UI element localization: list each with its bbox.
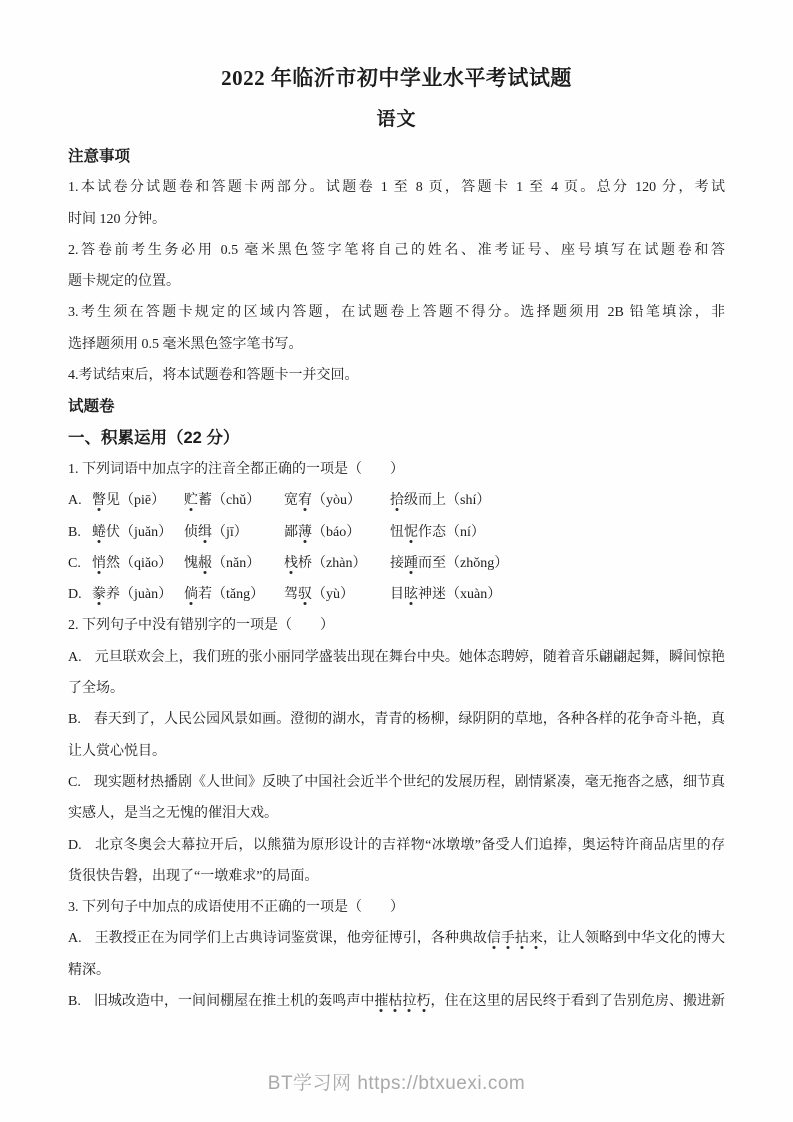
character: 瞥 (92, 493, 106, 508)
character: p (134, 493, 141, 508)
character: （ (212, 493, 226, 508)
character: ） (340, 587, 354, 602)
notice-item-1: 1.本试卷分试题卷和答题卡两部分。试题卷 1 至 8 页，答题卡 1 至 4 页… (68, 172, 725, 235)
character: y (326, 587, 333, 602)
text-segment: 1.本试卷分试题卷和答题卡两部分。试题卷 1 至 8 页，答题卡 1 至 4 页… (68, 180, 725, 195)
character: 薄 (298, 525, 312, 540)
character: u (340, 493, 347, 508)
text-segment: 北京冬奥会大幕拉开后，以熊猫为原形设计的吉祥物“冰墩墩”备受人们追捧，奥运特许商… (95, 838, 725, 853)
question-2-option-c: C.现实题材热播剧《人世间》反映了中国社会近半个世纪的发展历程，剧情紧凑，毫无拖… (68, 767, 725, 830)
character: 宽 (284, 493, 298, 508)
character: 目 (390, 587, 404, 602)
word-with-pinyin: 蜷伏（juǎn） (92, 517, 184, 548)
word-with-pinyin: 悄然（qiǎo） (92, 548, 184, 579)
text-line: 1.本试卷分试题卷和答题卡两部分。试题卷 1 至 8 页，答题卡 1 至 4 页… (68, 172, 725, 203)
text-line: 4.考试结束后，将本试题卷和答题卡一并交回。 (68, 360, 725, 391)
character: ） (346, 525, 360, 540)
character: 然 (106, 556, 120, 571)
subject-title: 语文 (68, 107, 725, 133)
character: （ (120, 493, 134, 508)
character: （ (446, 493, 460, 508)
character: ） (158, 525, 172, 540)
text-line: C.现实题材热播剧《人世间》反映了中国社会近半个世纪的发展历程，剧情紧凑，毫无拖… (68, 767, 725, 798)
character: 侦 (184, 525, 198, 540)
notice-heading: 注意事项 (68, 141, 725, 172)
word-with-pinyin: 豢养（juàn） (92, 579, 184, 610)
character: 悄 (92, 556, 106, 571)
character: （ (120, 556, 134, 571)
question-2-stem: 2. 下列句子中没有错别字的一项是（ ） (68, 610, 725, 641)
character: （ (212, 587, 226, 602)
character: ò (333, 493, 340, 508)
exam-paper-page: 2022 年临沂市初中学业水平考试试题 语文 注意事项 1.本试卷分试题卷和答题… (0, 0, 793, 1122)
character: ） (151, 493, 165, 508)
word-with-pinyin: 瞥见（piē） (92, 485, 184, 516)
character: 至 (432, 556, 446, 571)
character: （ (312, 556, 326, 571)
text-line: A.王教授正在为同学们上古典诗词鉴赏课，他旁征博引，各种典故信手拈来，让人领略到… (68, 923, 725, 954)
question-3-stem: 3. 下列句子中加点的成语使用不正确的一项是（ ） (68, 892, 725, 923)
text-segment: 旧城改造中，一间间棚屋在推土机的轰鸣声中 (94, 994, 375, 1009)
text-line: 让人赏心悦目。 (68, 736, 725, 767)
character: ） (487, 587, 501, 602)
word-with-pinyin: 目眩神迷（xuàn） (390, 579, 725, 610)
character: （ (312, 493, 326, 508)
section-heading: 一、积累运用（22 分） (68, 423, 725, 454)
word-with-pinyin: 宽宥（yòu） (284, 485, 390, 516)
character: 接 (390, 556, 404, 571)
text-segment: 货很快告磐，出现了“一墩难求”的局面。 (68, 869, 318, 884)
word-with-pinyin: 栈桥（zhàn） (284, 548, 390, 579)
character: ） (250, 587, 264, 602)
option-letter: B. (68, 994, 81, 1009)
character: ） (158, 556, 172, 571)
text-line: 精深。 (68, 955, 725, 986)
text-segment: 3.考生须在答题卡规定的区域内答题，在试题卷上答题不得分。选择题须用 2B 铅笔… (68, 305, 725, 320)
character: 眩 (404, 587, 418, 602)
character: ） (476, 493, 490, 508)
character: 赧 (198, 556, 212, 571)
question-2-option-a: A.元旦联欢会上，我们班的张小丽同学盛装出现在舞台中央。她体态聘婷，随着音乐翩翩… (68, 642, 725, 705)
character: 养 (106, 587, 120, 602)
option-letter: A. (68, 931, 82, 946)
text-line: 2.答卷前考生务必用 0.5 毫米黑色签字笔将自己的姓名、准考证号、座号填写在试… (68, 235, 725, 266)
text-line: 了全场。 (68, 673, 725, 704)
character: ） (347, 493, 361, 508)
character: （ (446, 587, 460, 602)
character: 摧 (374, 994, 388, 1009)
option-letter: B. (68, 712, 81, 727)
character: ù (333, 587, 340, 602)
character: 来 (529, 931, 543, 946)
option-letter: D. (68, 579, 92, 610)
option-letter: B. (68, 517, 92, 548)
text-segment: 现实题材热播剧《人世间》反映了中国社会近半个世纪的发展历程，剧情紧凑，毫无拖沓之… (94, 775, 725, 790)
notice-item-4: 4.考试结束后，将本试题卷和答题卡一并交回。 (68, 360, 725, 391)
text-line: D.北京冬奥会大幕拉开后，以熊猫为原形设计的吉祥物“冰墩墩”备受人们追捧，奥运特… (68, 830, 725, 861)
question-2-option-b: B.春天到了，人民公园风景如画。澄彻的湖水，青青的杨柳，绿阴阴的草地，各种各样的… (68, 704, 725, 767)
question-1-option-c: C.悄然（qiǎo）愧赧（nǎn）栈桥（zhàn）接踵而至（zhǒng） (68, 548, 725, 579)
question-2-option-d: D.北京冬奥会大幕拉开后，以熊猫为原形设计的吉祥物“冰墩墩”备受人们追捧，奥运特… (68, 830, 725, 893)
character: ） (246, 493, 260, 508)
text-segment: ，住在这里的居民终于看到了告别危房、搬进新 (431, 994, 725, 1009)
text-segment: 时间 120 分钟。 (68, 212, 166, 227)
character: 信 (487, 931, 501, 946)
character: u (467, 587, 474, 602)
character: 鄙 (284, 525, 298, 540)
character: 怩 (404, 525, 418, 540)
character: ） (471, 525, 485, 540)
character: 见 (106, 493, 120, 508)
character: 倘 (184, 587, 198, 602)
text-segment: 精深。 (68, 963, 110, 978)
character: 手 (501, 931, 515, 946)
character: b (326, 525, 333, 540)
character: 态 (432, 525, 446, 540)
text-segment: 王教授正在为同学们上古典诗词鉴赏课，他旁征博引，各种典故 (95, 931, 487, 946)
character: y (326, 493, 333, 508)
text-segment: 2.答卷前考生务必用 0.5 毫米黑色签字笔将自己的姓名、准考证号、座号填写在试… (68, 243, 725, 258)
character: 朽 (416, 994, 430, 1009)
character: 伏 (106, 525, 120, 540)
word-with-pinyin: 贮蓄（chǔ） (184, 485, 284, 516)
character: 而 (418, 556, 432, 571)
character: x (460, 587, 467, 602)
character: 贮 (184, 493, 198, 508)
character: （ (446, 556, 460, 571)
text-segment: 让人赏心悦目。 (68, 744, 166, 759)
character: n (460, 525, 467, 540)
question-1-option-a: A.瞥见（piē）贮蓄（chǔ）宽宥（yòu）拾级而上（shí） (68, 485, 725, 516)
character: 作 (418, 525, 432, 540)
text-segment: 了全场。 (68, 681, 124, 696)
word-with-pinyin: 倘若（tǎng） (184, 579, 284, 610)
character: （ (312, 587, 326, 602)
character: 驭 (298, 587, 312, 602)
option-letter: A. (68, 650, 82, 665)
text-segment: 4.考试结束后，将本试题卷和答题卡一并交回。 (68, 368, 359, 383)
question-3-option-a: A.王教授正在为同学们上古典诗词鉴赏课，他旁征博引，各种典故信手拈来，让人领略到… (68, 923, 725, 986)
character: n (226, 556, 233, 571)
word-with-pinyin: 鄙薄（báo） (284, 517, 390, 548)
question-3-option-b: B.旧城改造中，一间间棚屋在推土机的轰鸣声中摧枯拉朽，住在这里的居民终于看到了告… (68, 986, 725, 1017)
character: u (138, 587, 145, 602)
emphasized-phrase: 摧枯拉朽 (374, 994, 430, 1009)
character: ） (234, 525, 248, 540)
watermark: BT学习网 https://btxuexi.com (0, 1068, 793, 1095)
paper-heading: 试题卷 (68, 391, 725, 422)
emphasized-phrase: 信手拈来 (487, 931, 543, 946)
character: 驾 (284, 587, 298, 602)
character: 枯 (388, 994, 402, 1009)
text-line: 题卡规定的位置。 (68, 266, 725, 297)
character: 迷 (432, 587, 446, 602)
question-1-option-d: D.豢养（juàn）倘若（tǎng）驾驭（yù）目眩神迷（xuàn） (68, 579, 725, 610)
page-title: 2022 年临沂市初中学业水平考试试题 (68, 64, 725, 92)
word-with-pinyin: 愧赧（nǎn） (184, 548, 284, 579)
text-line: 时间 120 分钟。 (68, 204, 725, 235)
question-1-option-b: B.蜷伏（juǎn）侦缉（jī）鄙薄（báo）忸怩作态（ní） (68, 517, 725, 548)
text-line: 实感人，是当之无愧的催泪大戏。 (68, 798, 725, 829)
character: u (138, 525, 145, 540)
text-segment: 元旦联欢会上，我们班的张小丽同学盛装出现在舞台中央。她体态聘婷，随着音乐翩翩起舞… (95, 650, 725, 665)
text-line: 货很快告磐，出现了“一墩难求”的局面。 (68, 861, 725, 892)
document-body: 注意事项 1.本试卷分试题卷和答题卡两部分。试题卷 1 至 8 页，答题卡 1 … (68, 141, 725, 1017)
character: 若 (198, 587, 212, 602)
character: 踵 (404, 556, 418, 571)
character: （ (446, 525, 460, 540)
character: （ (120, 587, 134, 602)
option-letter: A. (68, 485, 92, 516)
character: （ (212, 556, 226, 571)
text-segment: 春天到了，人民公园风景如画。澄彻的湖水，青青的杨柳，绿阴阴的草地，各种各样的花争… (94, 712, 725, 727)
character: 桥 (298, 556, 312, 571)
text-line: B.旧城改造中，一间间棚屋在推土机的轰鸣声中摧枯拉朽，住在这里的居民终于看到了告… (68, 986, 725, 1017)
option-letter: C. (68, 548, 92, 579)
character: 缉 (198, 525, 212, 540)
word-with-pinyin: 接踵而至（zhǒng） (390, 548, 725, 579)
character: （ (312, 525, 326, 540)
text-line: A.元旦联欢会上，我们班的张小丽同学盛装出现在舞台中央。她体态聘婷，随着音乐翩翩… (68, 642, 725, 673)
character: 级 (404, 493, 418, 508)
character: 豢 (92, 587, 106, 602)
character: 而 (418, 493, 432, 508)
option-letter: D. (68, 838, 82, 853)
character: 拉 (402, 994, 416, 1009)
text-segment: ，让人领略到中华文化的博大 (543, 931, 725, 946)
word-with-pinyin: 忸怩作态（ní） (390, 517, 725, 548)
character: 忸 (390, 525, 404, 540)
character: ） (158, 587, 172, 602)
notice-item-3: 3.考生须在答题卡规定的区域内答题，在试题卷上答题不得分。选择题须用 2B 铅笔… (68, 297, 725, 360)
character: 愧 (184, 556, 198, 571)
text-line: 选择题须用 0.5 毫米黑色签字笔书写。 (68, 329, 725, 360)
character: 神 (418, 587, 432, 602)
text-line: B.春天到了，人民公园风景如画。澄彻的湖水，青青的杨柳，绿阴阴的草地，各种各样的… (68, 704, 725, 735)
word-with-pinyin: 驾驭（yù） (284, 579, 390, 610)
character: 蜷 (92, 525, 106, 540)
option-letter: C. (68, 775, 81, 790)
character: （ (212, 525, 226, 540)
character: 宥 (298, 493, 312, 508)
character: 拾 (390, 493, 404, 508)
text-segment: 选择题须用 0.5 毫米黑色签字笔书写。 (68, 337, 303, 352)
watermark-text: BT学习网 https://btxuexi.com (268, 1073, 525, 1094)
character: ） (352, 556, 366, 571)
text-segment: 实感人，是当之无愧的催泪大戏。 (68, 806, 278, 821)
notice-item-2: 2.答卷前考生务必用 0.5 毫米黑色签字笔将自己的姓名、准考证号、座号填写在试… (68, 235, 725, 298)
character: 拈 (515, 931, 529, 946)
question-1-stem: 1. 下列词语中加点字的注音全都正确的一项是（ ） (68, 454, 725, 485)
word-with-pinyin: 侦缉（jī） (184, 517, 284, 548)
character: ） (246, 556, 260, 571)
character: （ (120, 525, 134, 540)
text-line: 3.考生须在答题卡规定的区域内答题，在试题卷上答题不得分。选择题须用 2B 铅笔… (68, 297, 725, 328)
character: ） (494, 556, 508, 571)
character: 栈 (284, 556, 298, 571)
text-segment: 题卡规定的位置。 (68, 274, 180, 289)
character: q (134, 556, 141, 571)
character: 蓄 (198, 493, 212, 508)
character: 上 (432, 493, 446, 508)
word-with-pinyin: 拾级而上（shí） (390, 485, 725, 516)
